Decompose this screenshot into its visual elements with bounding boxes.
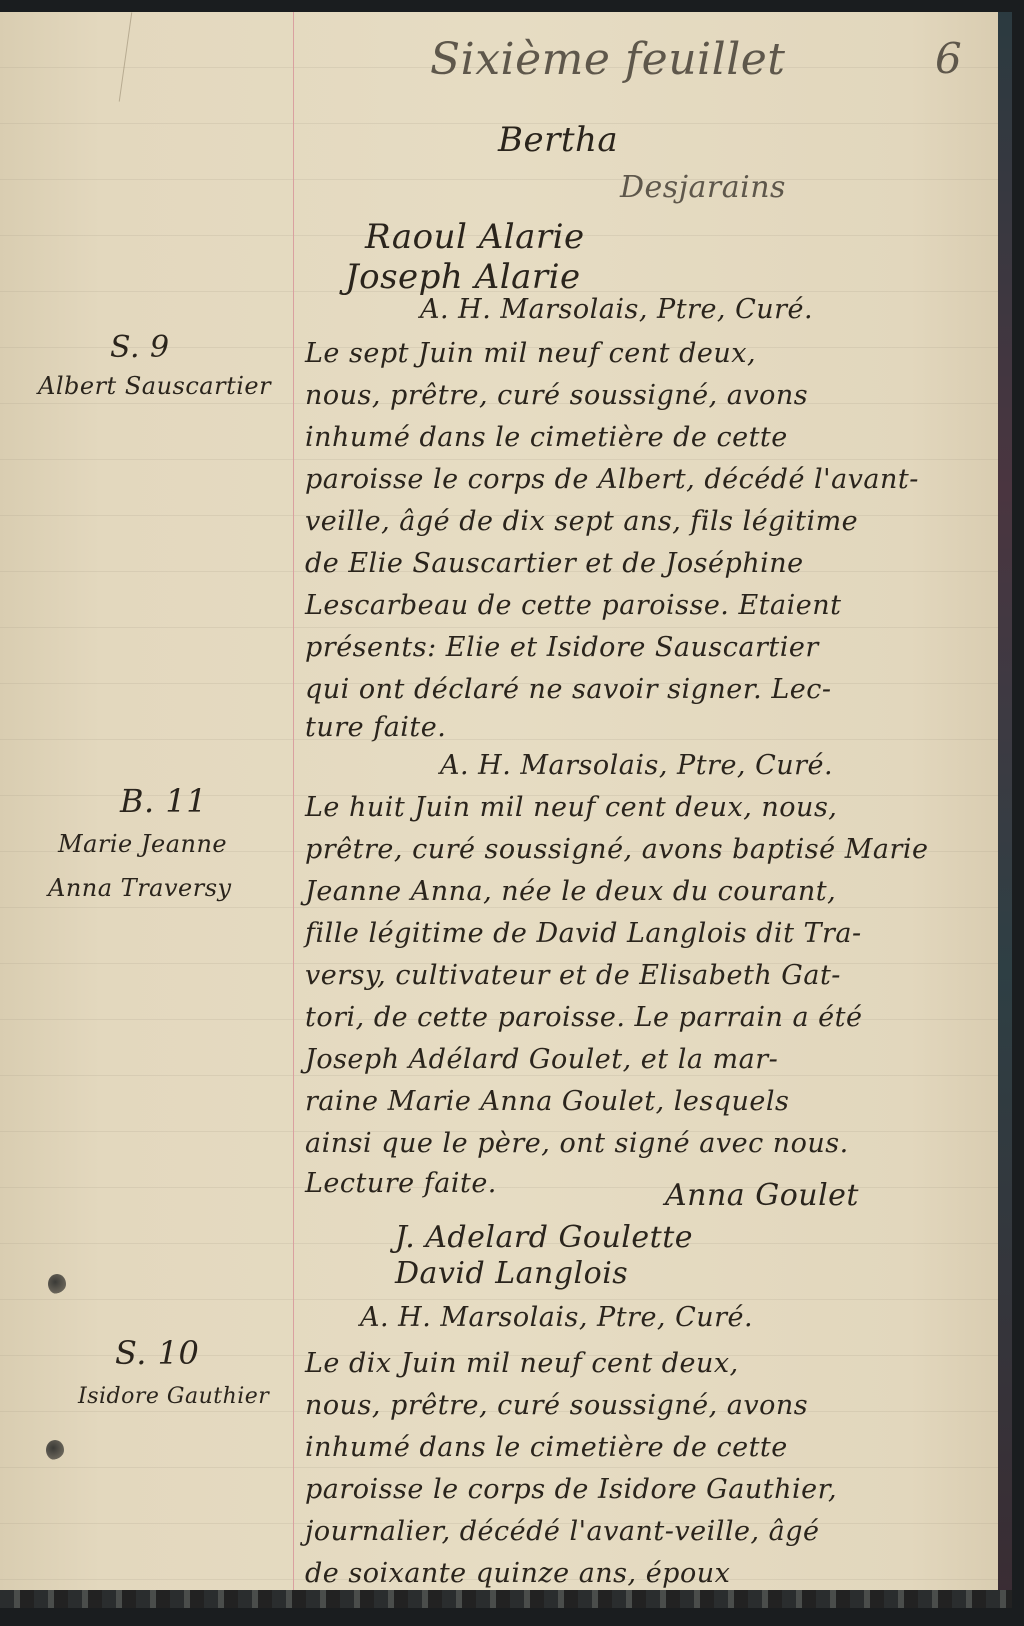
signature-bertha: Bertha	[498, 120, 618, 160]
entry-name: Anna Traversy	[48, 874, 232, 902]
punch-hole	[48, 1274, 66, 1294]
entry-line: fille légitime de David Langlois dit Tra…	[305, 918, 862, 949]
entry-name: Albert Sauscartier	[38, 372, 271, 400]
entry-line: nous, prêtre, curé soussigné, avons	[305, 380, 808, 411]
signature-joseph-alarie: Joseph Alarie	[345, 257, 581, 297]
entry-line: Lecture faite.	[305, 1168, 497, 1199]
entry-name: Isidore Gauthier	[78, 1384, 269, 1409]
entry-code: S. 10	[115, 1334, 199, 1372]
entry-line: veille, âgé de dix sept ans, fils légiti…	[305, 506, 858, 537]
punch-hole	[46, 1440, 64, 1460]
page-number: 6	[935, 34, 962, 83]
entry-line: présents: Elie et Isidore Sauscartier	[305, 632, 819, 663]
entry-line: Jeanne Anna, née le deux du courant,	[305, 876, 836, 907]
signature-cure: A. H. Marsolais, Ptre, Curé.	[440, 750, 833, 781]
signature-cure: A. H. Marsolais, Ptre, Curé.	[420, 294, 813, 325]
entry-line: Le huit Juin mil neuf cent deux, nous,	[305, 792, 837, 823]
signature-anna-goulet: Anna Goulet	[665, 1178, 859, 1213]
entry-line: ture faite.	[305, 712, 446, 743]
signature-adelard-goulette: J. Adelard Goulette	[395, 1220, 693, 1255]
entry-code: S. 9	[110, 330, 170, 365]
entry-line: Lescarbeau de cette paroisse. Etaient	[305, 590, 841, 621]
signature-cure: A. H. Marsolais, Ptre, Curé.	[360, 1302, 753, 1333]
entry-line: inhumé dans le cimetière de cette	[305, 1432, 788, 1463]
entry-line: tori, de cette paroisse. Le parrain a ét…	[305, 1002, 862, 1033]
paper-crease	[119, 12, 133, 101]
entry-line: ainsi que le père, ont signé avec nous.	[305, 1128, 849, 1159]
signature-desjarains: Desjarains	[620, 170, 786, 205]
entry-line: journalier, décédé l'avant-veille, âgé	[305, 1516, 819, 1547]
entry-line: Le dix Juin mil neuf cent deux,	[305, 1348, 739, 1379]
signature-raoul-alarie: Raoul Alarie	[365, 217, 585, 257]
entry-line: paroisse le corps de Isidore Gauthier,	[305, 1474, 837, 1505]
entry-line: raine Marie Anna Goulet, lesquels	[305, 1086, 789, 1117]
entry-line: paroisse le corps de Albert, décédé l'av…	[305, 464, 919, 495]
entry-line: Joseph Adélard Goulet, et la mar-	[305, 1044, 778, 1075]
entry-code: B. 11	[120, 782, 207, 820]
entry-line: qui ont déclaré ne savoir signer. Lec-	[305, 674, 832, 705]
entry-line: de soixante quinze ans, époux	[305, 1558, 730, 1589]
signature-david-langlois: David Langlois	[395, 1256, 628, 1291]
book-binding-bottom	[0, 1590, 1012, 1608]
entry-name: Marie Jeanne	[58, 830, 227, 858]
entry-line: de Elie Sauscartier et de Joséphine	[305, 548, 804, 579]
margin-rule	[293, 12, 294, 1608]
page-title: Sixième feuillet	[430, 34, 786, 85]
entry-line: nous, prêtre, curé soussigné, avons	[305, 1390, 808, 1421]
entry-line: versy, cultivateur et de Elisabeth Gat-	[305, 960, 841, 991]
book-binding-edge	[998, 12, 1012, 1608]
entry-line: Le sept Juin mil neuf cent deux,	[305, 338, 756, 369]
entry-line: inhumé dans le cimetière de cette	[305, 422, 788, 453]
entry-line: prêtre, curé soussigné, avons baptisé Ma…	[305, 834, 928, 865]
register-page: Sixième feuillet 6 Bertha Desjarains Rao…	[0, 12, 1012, 1608]
